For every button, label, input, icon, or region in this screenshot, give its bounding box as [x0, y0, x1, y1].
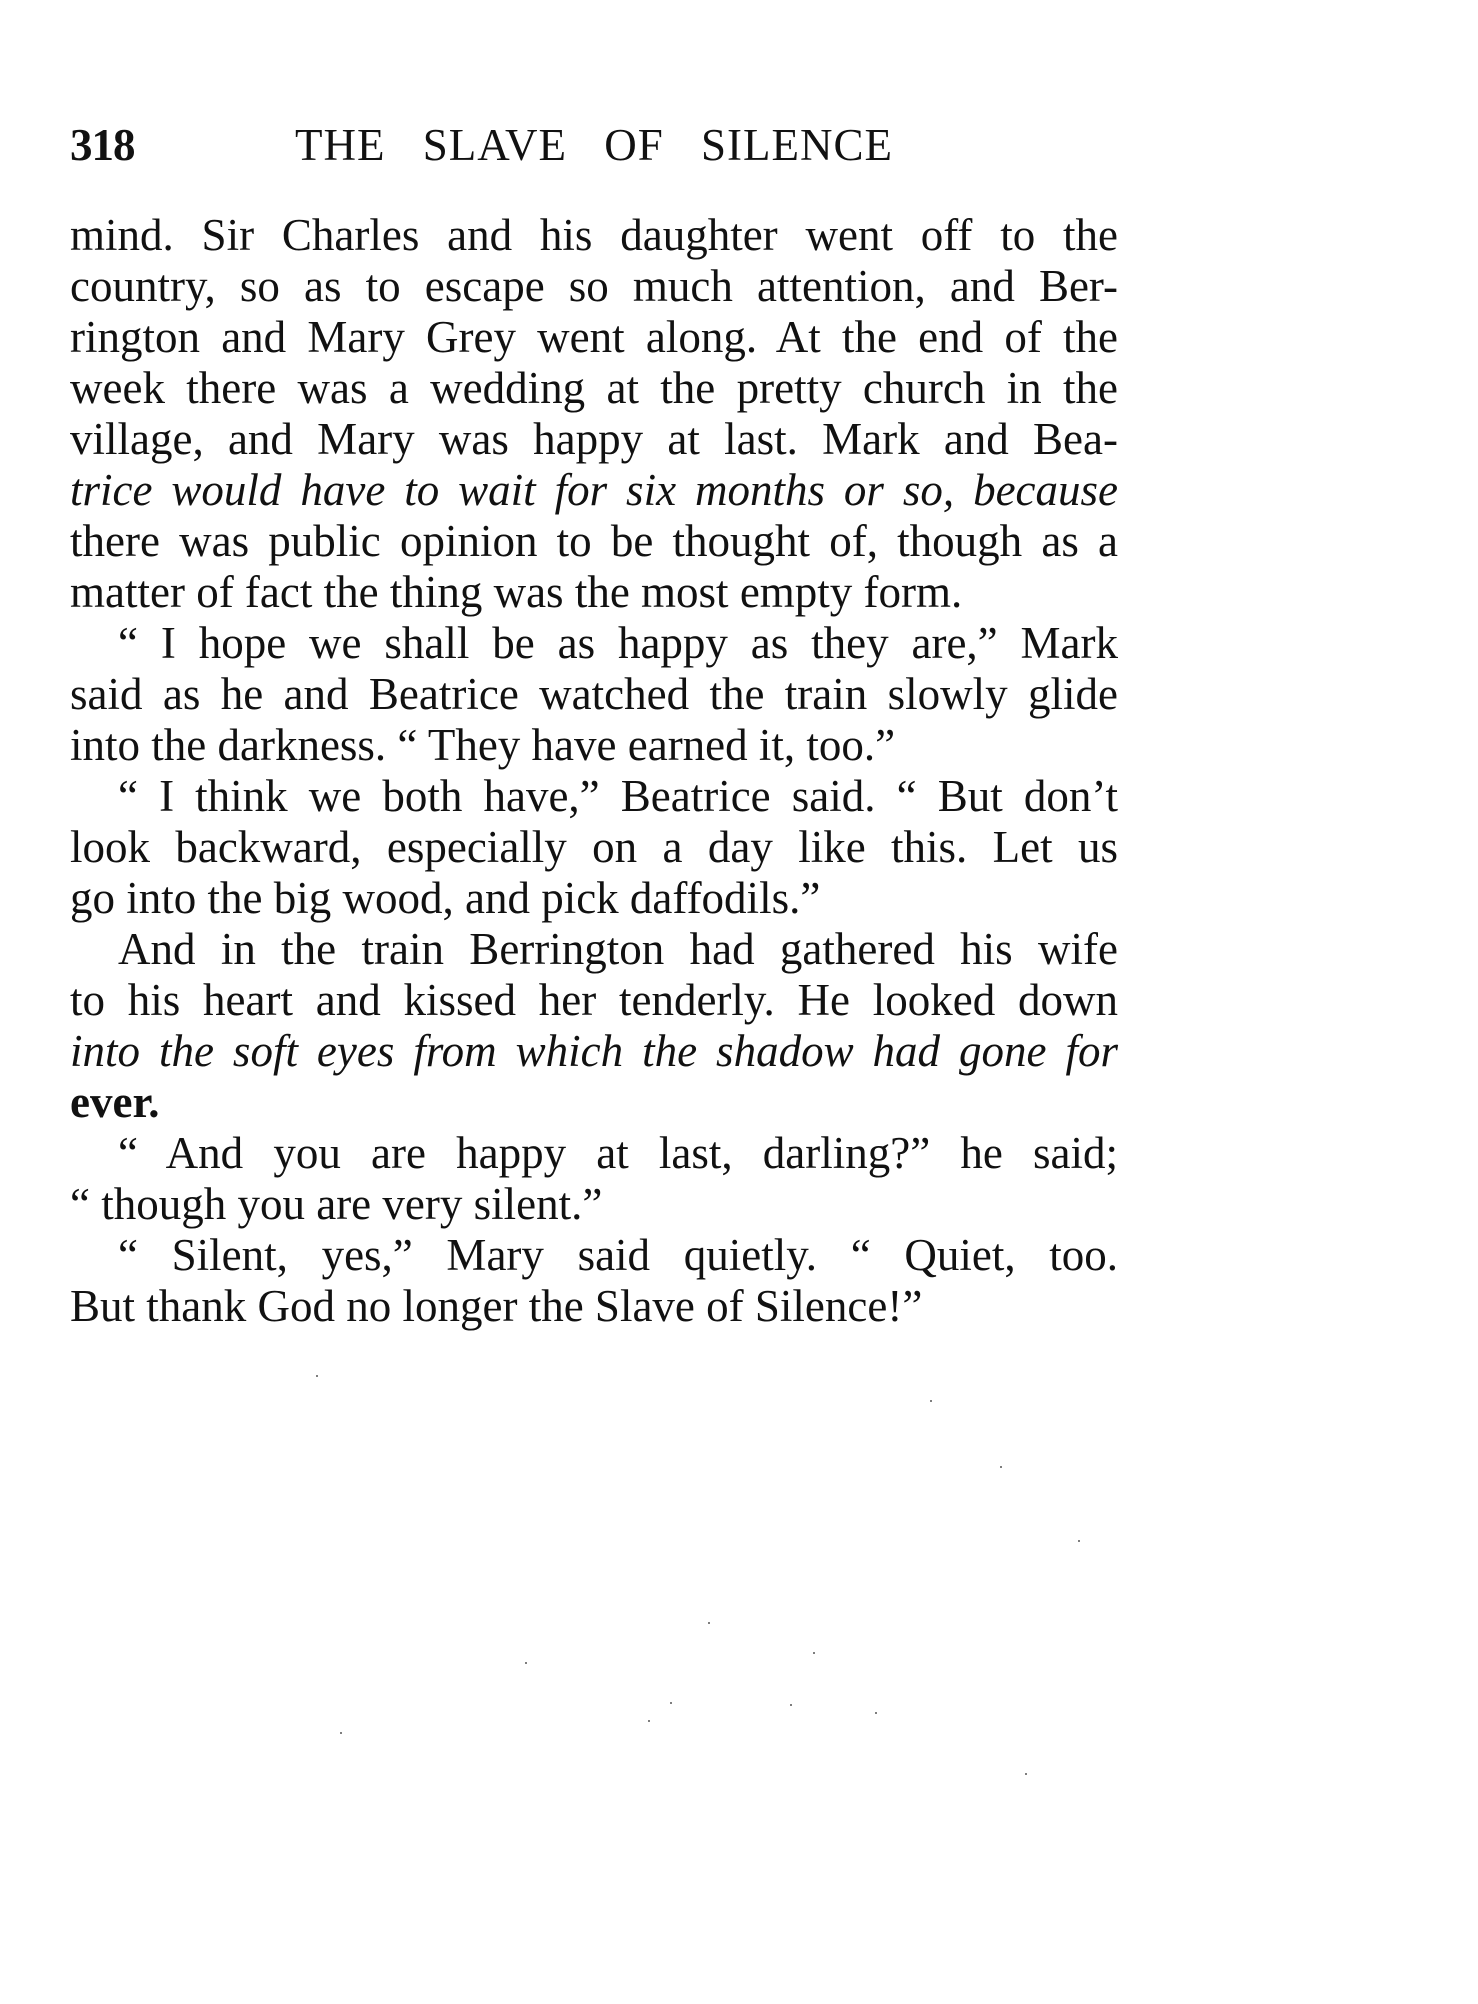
text-line: But thank God no longer the Slave of Sil… [70, 1281, 1118, 1332]
text-line: “ And you are happy at last, darling?” h… [70, 1128, 1118, 1179]
scan-speck [1025, 1773, 1027, 1775]
text-line: rington and Mary Grey went along. At the… [70, 312, 1118, 363]
scan-speck [813, 1652, 815, 1654]
scan-speck [316, 1375, 318, 1377]
running-title: THE SLAVE OF SILENCE [295, 120, 893, 171]
scan-speck [1078, 1540, 1080, 1542]
text-line: week there was a wedding at the pretty c… [70, 363, 1118, 414]
scan-speck [1000, 1466, 1002, 1468]
scan-speck [875, 1712, 877, 1714]
scan-speck [525, 1662, 527, 1664]
text-line: go into the big wood, and pick daffodils… [70, 873, 1118, 924]
text-line: village, and Mary was happy at last. Mar… [70, 414, 1118, 465]
scan-speck [648, 1720, 650, 1722]
scan-speck [340, 1732, 342, 1734]
running-head: 318 THE SLAVE OF SILENCE [70, 120, 1118, 171]
text-line: said as he and Beatrice watched the trai… [70, 669, 1118, 720]
text-line: ever. [70, 1077, 1118, 1128]
text-line: into the soft eyes from which the shadow… [70, 1026, 1118, 1077]
body-text: mind. Sir Charles and his daughter went … [70, 210, 1118, 1332]
text-line: country, so as to escape so much attenti… [70, 261, 1118, 312]
page-number: 318 [70, 120, 135, 171]
text-line: “ though you are very silent.” [70, 1179, 1118, 1230]
text-line: to his heart and kissed her tenderly. He… [70, 975, 1118, 1026]
text-line: matter of fact the thing was the most em… [70, 567, 1118, 618]
text-line: trice would have to wait for six months … [70, 465, 1118, 516]
text-line: mind. Sir Charles and his daughter went … [70, 210, 1118, 261]
scan-speck [930, 1400, 932, 1402]
text-line: “ I think we both have,” Beatrice said. … [70, 771, 1118, 822]
text-line: into the darkness. “ They have earned it… [70, 720, 1118, 771]
text-line: look backward, especially on a day like … [70, 822, 1118, 873]
scan-speck [670, 1702, 672, 1704]
scan-speck [708, 1622, 710, 1624]
text-line: there was public opinion to be thought o… [70, 516, 1118, 567]
text-line: And in the train Berrington had gathered… [70, 924, 1118, 975]
text-line: “ Silent, yes,” Mary said quietly. “ Qui… [70, 1230, 1118, 1281]
text-line: “ I hope we shall be as happy as they ar… [70, 618, 1118, 669]
book-page: 318 THE SLAVE OF SILENCE mind. Sir Charl… [0, 0, 1478, 2004]
scan-speck [790, 1704, 792, 1706]
